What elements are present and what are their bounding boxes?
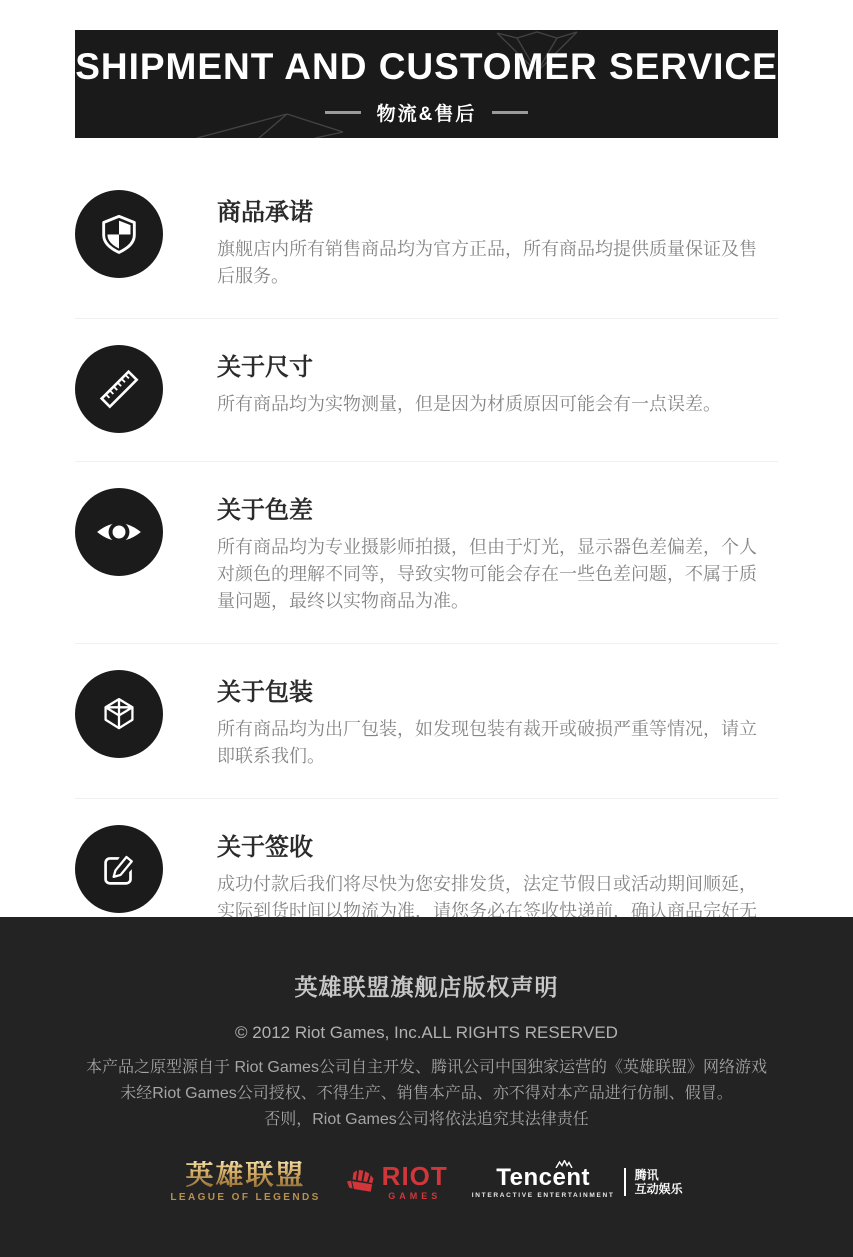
riot-wordmark: RIOT	[382, 1163, 448, 1189]
section-title: 商品承诺	[217, 192, 773, 227]
legal-line: 未经Riot Games公司授权、不得生产、销售本产品、亦不得对本产品进行仿制、…	[0, 1081, 853, 1107]
section-title: 关于色差	[217, 490, 773, 525]
tencent-cn-line: 腾讯	[635, 1168, 683, 1182]
tencent-cn-line: 互动娱乐	[635, 1182, 683, 1196]
league-of-legends-logo: 英雄联盟 LEAGUE OF LEGENDS	[170, 1161, 320, 1203]
package-icon	[75, 670, 163, 758]
lol-logo-english: LEAGUE OF LEGENDS	[170, 1192, 320, 1203]
tencent-chinese-label: 腾讯 互动娱乐	[635, 1168, 683, 1196]
section-body: 所有商品均为实物测量，但是因为材质原因可能会有一点误差。	[217, 391, 773, 418]
section-body: 所有商品均为专业摄影师拍摄，但由于灯光，显示器色差偏差，个人对颜色的理解不同等，…	[217, 534, 773, 615]
section-text: 关于色差 所有商品均为专业摄影师拍摄，但由于灯光，显示器色差偏差，个人对颜色的理…	[217, 488, 773, 615]
section-text: 关于包装 所有商品均为出厂包装，如发现包装有裁开或破损严重等情况，请立即联系我们…	[217, 670, 773, 770]
riot-games-logo: RIOT GAMES	[345, 1163, 448, 1201]
footer-title: 英雄联盟旗舰店版权声明	[0, 917, 853, 1002]
legal-text: 本产品之原型源自于 Riot Games公司自主开发、腾讯公司中国独家运营的《英…	[0, 1055, 853, 1133]
subtitle-dash-right	[492, 111, 528, 114]
section-body: 所有商品均为出厂包装，如发现包装有裁开或破损严重等情况，请立即联系我们。	[217, 716, 773, 770]
legal-line: 否则，Riot Games公司将依法追究其法律责任	[0, 1107, 853, 1133]
legal-line: 本产品之原型源自于 Riot Games公司自主开发、腾讯公司中国独家运营的《英…	[0, 1055, 853, 1081]
banner-subtitle-row: 物流&售后	[325, 99, 529, 126]
riot-logo-text: RIOT GAMES	[382, 1163, 448, 1201]
tencent-wordmark-block: Tencent INTERACTIVE ENTERTAINMENT	[472, 1166, 615, 1199]
tencent-divider	[624, 1168, 626, 1196]
section-body: 旗舰店内所有销售商品均为官方正品，所有商品均提供质量保证及售后服务。	[217, 236, 773, 290]
shipment-service-page: SHIPMENT AND CUSTOMER SERVICE 物流&售后	[0, 0, 853, 1257]
section-text: 商品承诺 旗舰店内所有销售商品均为官方正品，所有商品均提供质量保证及售后服务。	[217, 190, 773, 290]
copyright-text: © 2012 Riot Games, Inc.ALL RIGHTS RESERV…	[0, 1023, 853, 1043]
copyright-footer: 英雄联盟旗舰店版权声明 © 2012 Riot Games, Inc.ALL R…	[0, 917, 853, 1257]
tencent-peaks-icon	[555, 1160, 573, 1168]
riot-games-label: GAMES	[388, 1191, 441, 1201]
section-packaging: 关于包装 所有商品均为出厂包装，如发现包装有裁开或破损严重等情况，请立即联系我们…	[75, 644, 778, 799]
service-sections: 商品承诺 旗舰店内所有销售商品均为官方正品，所有商品均提供质量保证及售后服务。	[75, 138, 778, 1007]
section-color-difference: 关于色差 所有商品均为专业摄影师拍摄，但由于灯光，显示器色差偏差，个人对颜色的理…	[75, 462, 778, 644]
banner-title: SHIPMENT AND CUSTOMER SERVICE	[75, 48, 778, 85]
section-title: 关于尺寸	[217, 347, 773, 382]
sign-pen-icon	[75, 825, 163, 913]
banner-subtitle: 物流&售后	[377, 99, 477, 126]
subtitle-dash-left	[325, 111, 361, 114]
eye-icon	[75, 488, 163, 576]
tencent-subtitle: INTERACTIVE ENTERTAINMENT	[472, 1192, 615, 1199]
ruler-icon	[75, 345, 163, 433]
section-title: 关于签收	[217, 827, 773, 862]
pyramid-wireframe-icon	[195, 112, 345, 138]
riot-fist-icon	[345, 1168, 375, 1196]
banner: SHIPMENT AND CUSTOMER SERVICE 物流&售后	[75, 30, 778, 138]
section-product-promise: 商品承诺 旗舰店内所有销售商品均为官方正品，所有商品均提供质量保证及售后服务。	[75, 164, 778, 319]
brand-logo-row: 英雄联盟 LEAGUE OF LEGENDS RIOT GA	[0, 1161, 853, 1203]
shield-icon	[75, 190, 163, 278]
tencent-logo: Tencent INTERACTIVE ENTERTAINMENT 腾讯 互动娱…	[472, 1166, 683, 1199]
lol-logo-chinese: 英雄联盟	[186, 1161, 306, 1189]
section-size: 关于尺寸 所有商品均为实物测量，但是因为材质原因可能会有一点误差。	[75, 319, 778, 462]
section-title: 关于包装	[217, 672, 773, 707]
tencent-wordmark: Tencent	[496, 1166, 590, 1190]
section-text: 关于尺寸 所有商品均为实物测量，但是因为材质原因可能会有一点误差。	[217, 345, 773, 433]
